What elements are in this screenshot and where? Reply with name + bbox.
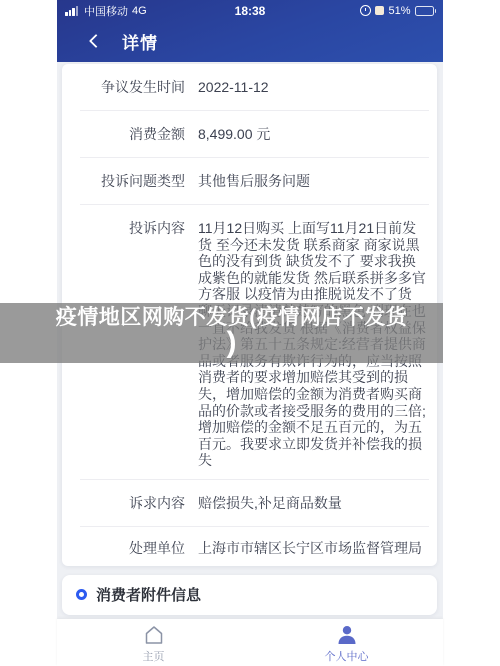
battery-percent-label: 51% (388, 5, 410, 17)
watermark-text-line2: ) (20, 330, 443, 356)
field-row-demand: 诉求内容 赔偿损失,补足商品数量 (80, 479, 429, 526)
network-type-label: 4G (132, 5, 147, 17)
field-label: 争议发生时间 (80, 77, 185, 97)
status-bar: 中国移动 4G 18:38 51% (57, 0, 443, 21)
tab-home[interactable]: 主页 (57, 619, 250, 666)
carrier-label: 中国移动 (84, 3, 128, 19)
field-label: 投诉问题类型 (80, 171, 185, 191)
tab-profile-label: 个人中心 (325, 648, 369, 664)
screenshot-canvas: 中国移动 4G 18:38 51% 详情 (0, 0, 500, 666)
field-value: 其他售后服务问题 (198, 171, 429, 191)
consumer-attachment-section: 消费者附件信息 (62, 575, 437, 615)
field-value: 2022-11-12 (198, 77, 429, 97)
ring-bullet-icon (76, 589, 87, 600)
field-row-amount: 消费金额 8,499.00 元 (80, 110, 429, 157)
tab-profile[interactable]: 个人中心 (250, 619, 443, 666)
section-title: 消费者附件信息 (96, 584, 201, 605)
bottom-tab-bar: 主页 个人中心 (57, 619, 443, 666)
status-time: 18:38 (235, 4, 266, 18)
field-label: 消费金额 (80, 124, 185, 144)
signal-strength-icon (65, 6, 78, 16)
field-value: 赔偿损失,补足商品数量 (198, 493, 429, 513)
field-label: 处理单位 (80, 538, 185, 558)
field-value: 上海市市辖区长宁区市场监督管理局 (198, 538, 429, 558)
nav-bar: 详情 (57, 21, 443, 62)
field-row-problem-type: 投诉问题类型 其他售后服务问题 (80, 157, 429, 204)
field-label: 诉求内容 (80, 493, 185, 513)
person-icon (335, 623, 359, 647)
tab-home-label: 主页 (143, 648, 165, 664)
field-value: 8,499.00 元 (198, 124, 429, 144)
status-square-icon (375, 6, 384, 15)
field-row-handling-unit: 处理单位 上海市市辖区长宁区市场监督管理局 (80, 526, 429, 566)
back-button[interactable] (87, 32, 107, 52)
app-header: 中国移动 4G 18:38 51% 详情 (57, 0, 443, 62)
alarm-clock-icon (360, 5, 371, 16)
chevron-left-icon (89, 33, 103, 47)
home-icon (142, 623, 166, 647)
watermark-overlay: 疫情地区网购不发货(疫情网店不发货 ) (0, 303, 443, 363)
status-left: 中国移动 4G (65, 3, 147, 19)
battery-icon (415, 6, 437, 16)
status-right: 51% (360, 0, 436, 21)
field-row-dispute-date: 争议发生时间 2022-11-12 (80, 64, 429, 110)
page-title: 详情 (122, 29, 158, 54)
